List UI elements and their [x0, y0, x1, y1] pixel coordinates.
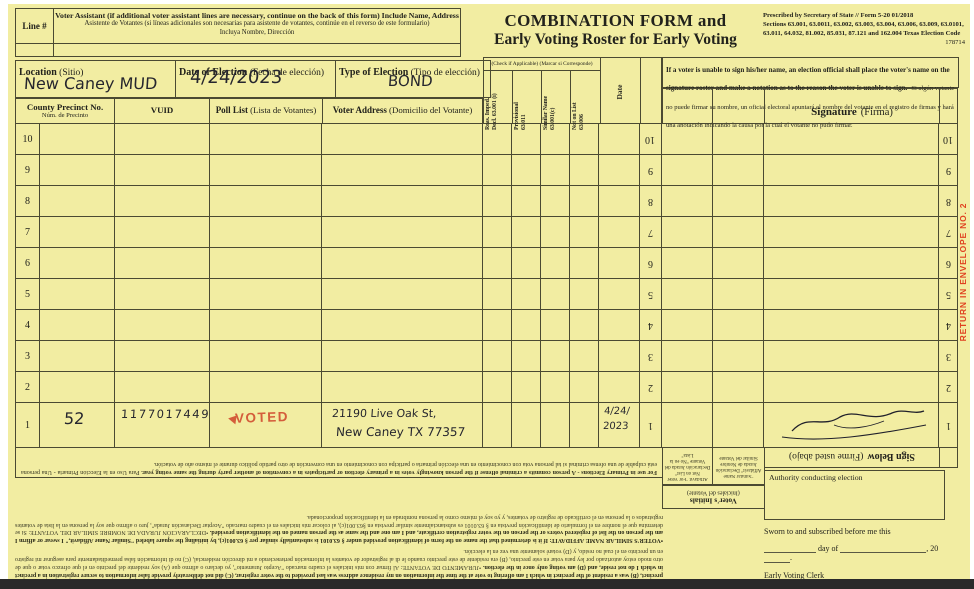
- provisional-checkbox[interactable]: [512, 403, 541, 447]
- similar-name-affidavit-header-cell: [712, 88, 765, 124]
- scan-edge-shadow: [0, 579, 974, 589]
- roster-row-filled: 1 52 1177017449 VOTED 21190 Live Oak St,…: [16, 403, 957, 447]
- location-field[interactable]: Location (Sitio) New Caney MUD: [16, 61, 176, 97]
- row-number-mid: 9: [640, 155, 662, 185]
- row-number-right: 4: [939, 310, 957, 340]
- row-number-left: 4: [16, 310, 40, 340]
- row-number-mid: 2: [640, 372, 662, 402]
- similar-name-affidavit-column-label: "Similar Name Affidavit" Declaración Jur…: [712, 447, 765, 485]
- corner-cell: [939, 447, 958, 468]
- row-number-right: 10: [939, 124, 957, 154]
- row-number-mid: 7: [640, 217, 662, 247]
- address-line2: New Caney TX 77357: [336, 425, 466, 439]
- affidavit-not-on-list-column-label: Affidavit "For Voter Not on List" Declar…: [662, 447, 713, 485]
- similar-name-checkbox[interactable]: [541, 403, 570, 447]
- similar-name-initials-cell[interactable]: [713, 403, 765, 447]
- form-control-number: 178714: [763, 39, 965, 48]
- roster-row: 10 10 10: [16, 124, 957, 155]
- row-number-mid: 4: [640, 310, 662, 340]
- prescribed-note: Prescribed by Secretary of State // Form…: [763, 12, 965, 48]
- poll-list-cell[interactable]: VOTED: [210, 403, 323, 447]
- right-row-number-header-cell: [939, 88, 958, 124]
- unable-to-sign-instruction: If a voter is unable to sign his/her nam…: [662, 57, 959, 88]
- sign-below-label: Sign Below (Firme usted abajo): [764, 447, 940, 468]
- affidavit-text-block: •AFFIDAVIT FOR VOTER NOT ON LIST: By ini…: [15, 482, 663, 586]
- election-date-field[interactable]: Date of Election (Fecha de elección) 4/2…: [176, 61, 336, 97]
- roster-row: 8 8 8: [16, 186, 957, 217]
- voter-address-cell[interactable]: 21190 Live Oak St, New Caney TX 77357: [322, 403, 483, 447]
- election-date-value: 4/24/2023: [189, 67, 283, 88]
- row-number-left: 9: [16, 155, 40, 185]
- col-header-provisional: Provisional63.011: [513, 71, 542, 123]
- row-number-left: 10: [16, 124, 40, 154]
- voter-assistant-instruction-es2: Incluya Nombre, Dirección: [54, 29, 460, 37]
- row-number-left: 5: [16, 279, 40, 309]
- location-value: New Caney MUD: [23, 74, 158, 93]
- signature-cell[interactable]: [764, 403, 939, 447]
- mid-row-number-header-cell: [640, 57, 662, 124]
- voter-assistant-box: Line # Voter Assistant (if additional vo…: [15, 8, 461, 57]
- voter-assistant-instruction-en: Voter Assistant (if additional voter ass…: [54, 11, 460, 20]
- voter-signature: [774, 405, 934, 445]
- voter-assistant-header: Line # Voter Assistant (if additional vo…: [16, 9, 460, 43]
- election-type-value: BOND: [387, 72, 433, 90]
- col-header-poll-list: Poll List (Lista de Votantes): [210, 99, 323, 123]
- check-columns-header: Reas. Imped.Decl. 63.001 (i) Provisional…: [483, 70, 601, 124]
- row-number-left: 7: [16, 217, 40, 247]
- voter-initials-label: Voter's Initials (Iniciales del Votante): [662, 485, 765, 509]
- col-header-not-on-list: Not on List63.006: [571, 71, 600, 123]
- not-on-list-checkbox[interactable]: [570, 403, 599, 447]
- row-number-mid: 3: [640, 341, 662, 371]
- precinct-cell[interactable]: 52: [40, 403, 115, 447]
- row-number-right: 7: [939, 217, 957, 247]
- election-info-row: Location (Sitio) New Caney MUD Date of E…: [15, 60, 491, 98]
- col-header-date: Date: [600, 57, 641, 124]
- election-type-field[interactable]: Type of Election (Tipo de elección) BOND: [336, 61, 490, 97]
- row-number-right: 9: [939, 155, 957, 185]
- primary-election-note: For use in Primary Elections - A person …: [15, 447, 663, 478]
- day-blank[interactable]: [764, 544, 816, 553]
- date-cell[interactable]: 4/24/ 2023: [599, 403, 640, 447]
- row-number-left: 1: [16, 403, 40, 447]
- row-number-right: 6: [939, 248, 957, 278]
- not-on-list-initials-cell[interactable]: [662, 403, 713, 447]
- vuid-cell[interactable]: 1177017449: [115, 403, 210, 447]
- vuid-value: 1177017449: [120, 407, 210, 421]
- roster-row: 9 9 9: [16, 155, 957, 186]
- form-title: COMBINATION FORM and Early Voting Roster…: [463, 11, 768, 50]
- roster-row: 2 2 2: [16, 372, 957, 403]
- roster-column-headers: County Precinct No. Núm. de Precinto VUI…: [15, 98, 484, 124]
- row-number-mid: 1: [640, 403, 662, 447]
- month-blank[interactable]: [840, 544, 926, 553]
- roster-row: 5 5 5: [16, 279, 957, 310]
- col-header-signature: Signature (Firma): [764, 88, 940, 124]
- row-number-mid: 6: [640, 248, 662, 278]
- authority-conducting-election-box[interactable]: Authority conducting election: [764, 470, 945, 520]
- return-envelope-note: RETURN IN ENVELOPE NO. 2: [958, 152, 970, 392]
- row-number-left: 3: [16, 341, 40, 371]
- date-line2: 2023: [602, 421, 628, 432]
- address-line1: 21190 Live Oak St,: [332, 407, 437, 420]
- combination-form-paper: Line # Voter Assistant (if additional vo…: [8, 4, 970, 579]
- col-header-vuid: VUID: [115, 99, 210, 123]
- roster-row: 4 4 4: [16, 310, 957, 341]
- row-number-mid: 10: [640, 124, 662, 154]
- roster-row: 7 7 7: [16, 217, 957, 248]
- row-number-mid: 5: [640, 279, 662, 309]
- voted-stamp-flag-icon: [227, 414, 236, 424]
- row-number-right: 5: [939, 279, 957, 309]
- voter-assistant-instruction-es: Asistente de Votantes (si líneas adicion…: [54, 20, 460, 28]
- roster-grid: 10 10 10 9 9 9: [15, 124, 958, 448]
- year-blank[interactable]: [764, 554, 790, 563]
- row-number-left: 2: [16, 372, 40, 402]
- roster-row: 6 6 6: [16, 248, 957, 279]
- precinct-value: 52: [63, 409, 85, 428]
- col-header-precinct: County Precinct No. Núm. de Precinto: [16, 99, 115, 123]
- sworn-statement: Sworn to and subscribed before me this d…: [764, 527, 964, 580]
- row-number-right: 3: [939, 341, 957, 371]
- row-number-mid: 8: [640, 186, 662, 216]
- col-header-voter-address: Voter Address (Domicilio del Votante): [323, 99, 483, 123]
- row-number-right: 8: [939, 186, 957, 216]
- check-if-applicable-header: (Check if Applicable) (Marcar si Corresp…: [483, 57, 601, 71]
- row-number-right: 2: [939, 372, 957, 402]
- voter-assistant-entry-row[interactable]: [16, 43, 460, 56]
- reas-imped-checkbox[interactable]: [483, 403, 512, 447]
- row-number-right: 1: [939, 403, 957, 447]
- date-line1: 4/24/: [603, 406, 630, 417]
- row-number-left: 8: [16, 186, 40, 216]
- col-header-similar-name: Similar Name63.001(c): [542, 71, 571, 123]
- affidavit-not-on-list-header-cell: [662, 88, 713, 124]
- col-header-reasonable-impediment: Reas. Imped.Decl. 63.001 (i): [484, 71, 513, 123]
- roster-row: 3 3 3: [16, 341, 957, 372]
- scanned-form-page: Line # Voter Assistant (if additional vo…: [0, 0, 974, 589]
- voted-stamp: VOTED: [227, 409, 289, 426]
- row-number-left: 6: [16, 248, 40, 278]
- line-number-label: Line #: [16, 9, 54, 43]
